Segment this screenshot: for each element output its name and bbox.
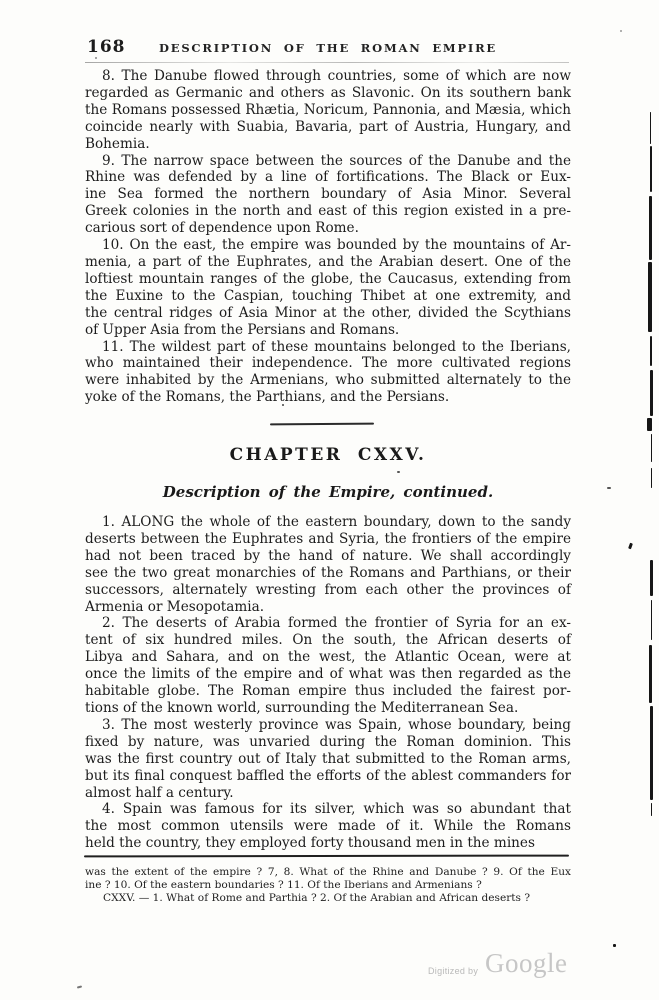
scan-edge-streak [651, 803, 652, 816]
scanned-book-page: 168 DESCRIPTION OF THE ROMAN EMPIRE 8. T… [0, 0, 659, 1000]
google-logo: Google [485, 948, 567, 979]
scan-speck [95, 57, 97, 59]
scan-edge-streak [651, 600, 652, 640]
scan-speck [282, 404, 284, 406]
paragraph-4: 4. Spain was famous for its silver, whic… [85, 801, 571, 852]
scan-edge-streak [650, 112, 651, 144]
scan-edge-streak [649, 196, 652, 260]
page-header: 168 DESCRIPTION OF THE ROMAN EMPIRE [85, 37, 571, 59]
footnote-rule [84, 855, 569, 858]
scan-speck [607, 487, 611, 489]
scan-edge-streak [650, 146, 652, 192]
header-rule [85, 62, 569, 63]
scan-edge-streak [647, 418, 652, 431]
chapter-subtitle: Description of the Empire, continued. [85, 483, 571, 501]
running-title: DESCRIPTION OF THE ROMAN EMPIRE [85, 41, 571, 55]
scan-edge-streak [650, 370, 653, 416]
scan-edge-streak [650, 336, 652, 366]
scan-edge-streak [649, 645, 652, 703]
scan-edge-streak [648, 262, 652, 332]
previous-chapter-continued: 8. The Danube flowed through countries, … [85, 68, 571, 406]
paragraph-8: 8. The Danube flowed through countries, … [85, 68, 571, 153]
scan-speck [77, 985, 82, 988]
section-divider-rule [270, 423, 374, 426]
watermark-prefix: Digitized by [428, 966, 478, 976]
scan-edge-streak [650, 706, 653, 800]
footnote-questions: was the extent of the empire ? 7, 8. Wha… [85, 866, 571, 906]
scan-speck [628, 543, 633, 550]
scan-edge-streak [650, 560, 653, 596]
scan-speck [613, 944, 616, 947]
paragraph-3: 3. The most westerly province was Spain,… [85, 717, 571, 802]
scan-speck [620, 30, 622, 32]
scan-edge-streak [651, 434, 652, 462]
paragraph-10: 10. On the east, the empire was bounded … [85, 237, 571, 338]
paragraph-11: 11. The wildest part of these mountains … [85, 339, 571, 407]
paragraph-9: 9. The narrow space between the sources … [85, 153, 571, 238]
paragraph-1: 1. ALONG the whole of the eastern bounda… [85, 514, 571, 615]
digitized-by-google-watermark: Digitized by Google [428, 948, 588, 990]
scan-speck [397, 471, 400, 473]
chapter-cxxv-body: 1. ALONG the whole of the eastern bounda… [85, 514, 571, 852]
paragraph-2: 2. The deserts of Arabia formed the fron… [85, 615, 571, 716]
chapter-heading: CHAPTER CXXV. [85, 445, 571, 465]
scan-edge-streak [651, 468, 652, 488]
